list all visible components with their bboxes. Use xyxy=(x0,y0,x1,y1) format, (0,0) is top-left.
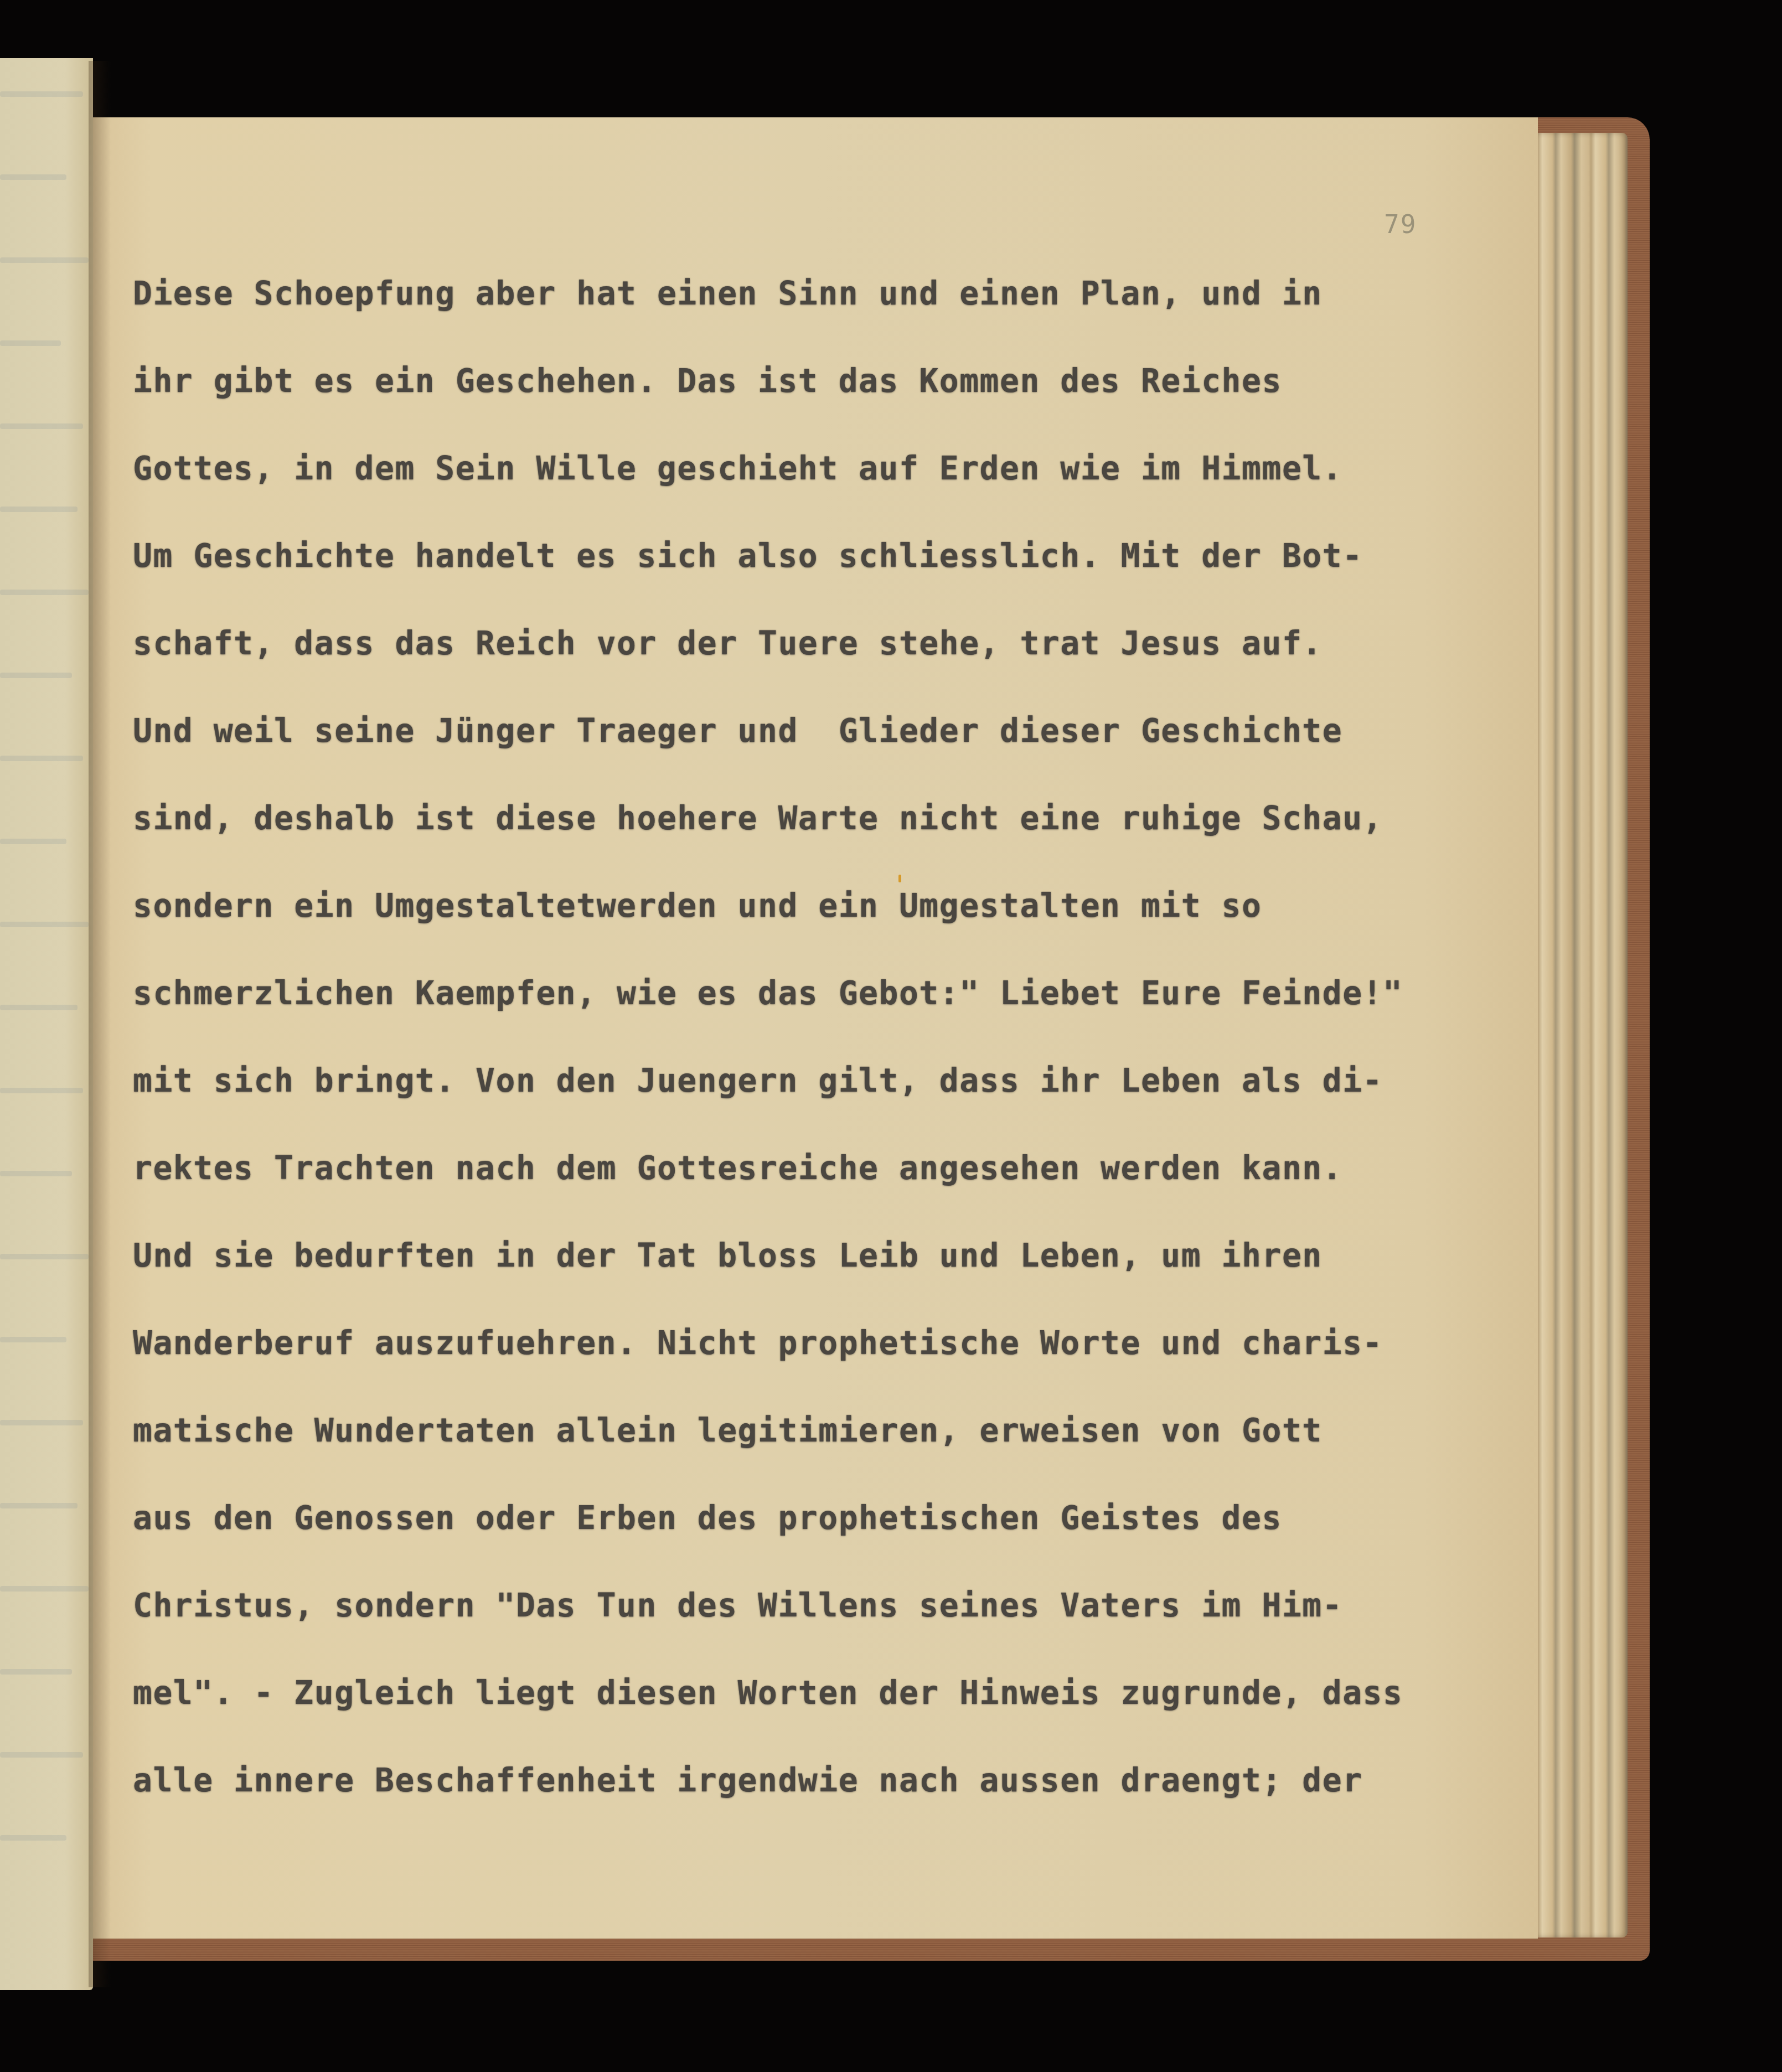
bleed-through-line xyxy=(0,1254,89,1259)
text-line: aus den Genossen oder Erben des propheti… xyxy=(133,1496,1528,1583)
bleed-through-line xyxy=(0,673,72,678)
bleed-through-line xyxy=(0,174,66,180)
bleed-through-line xyxy=(0,1669,72,1675)
bleed-through-line xyxy=(0,756,83,761)
text-line: schmerzlichen Kaempfen, wie es das Gebot… xyxy=(133,971,1528,1058)
text-line: sind, deshalb ist diese hoehere Warte ni… xyxy=(133,796,1528,883)
text-line: alle innere Beschaffenheit irgendwie nac… xyxy=(133,1758,1528,1846)
bleed-through-line xyxy=(0,257,89,263)
bleed-through-line xyxy=(0,507,78,512)
text-line: Und weil seine Jünger Traeger und Gliede… xyxy=(133,709,1528,796)
bleed-through-line xyxy=(0,590,89,595)
bleed-through-line xyxy=(0,1005,78,1010)
bleed-through-line xyxy=(0,91,83,97)
bleed-through-line xyxy=(0,423,83,429)
text-line: sondern ein Umgestaltetwerden und ein Um… xyxy=(133,883,1528,971)
text-line: schaft, dass das Reich vor der Tuere ste… xyxy=(133,621,1528,709)
text-line: Gottes, in dem Sein Wille geschieht auf … xyxy=(133,446,1528,534)
text-line: Wanderberuf auszufuehren. Nicht propheti… xyxy=(133,1321,1528,1408)
page-edges xyxy=(1528,133,1628,1937)
text-line: matische Wundertaten allein legitimieren… xyxy=(133,1408,1528,1496)
text-line: Christus, sondern "Das Tun des Willens s… xyxy=(133,1583,1528,1671)
text-line: rektes Trachten nach dem Gottesreiche an… xyxy=(133,1146,1528,1233)
bleed-through-line xyxy=(0,1420,83,1425)
text-line: mel". - Zugleich liegt diesen Worten der… xyxy=(133,1671,1528,1758)
bleed-through-line xyxy=(0,1171,72,1176)
bleed-through-line xyxy=(0,922,89,927)
gutter-shadow xyxy=(89,61,111,1987)
bleed-through-line xyxy=(0,1337,66,1342)
bleed-through-line xyxy=(0,1503,78,1508)
typewritten-text: Diese Schoepfung aber hat einen Sinn und… xyxy=(133,271,1528,1846)
bleed-through-line xyxy=(0,1586,89,1592)
bleed-through-line xyxy=(0,1752,83,1758)
page-number: 79 xyxy=(1384,209,1417,239)
bleed-through-line xyxy=(0,340,61,346)
left-page xyxy=(0,58,93,1990)
text-line: Diese Schoepfung aber hat einen Sinn und… xyxy=(133,271,1528,359)
text-line: mit sich bringt. Von den Juengern gilt, … xyxy=(133,1058,1528,1146)
bleed-through-line xyxy=(0,839,66,844)
text-line: ihr gibt es ein Geschehen. Das ist das K… xyxy=(133,359,1528,446)
bleed-through-line xyxy=(0,1088,83,1093)
text-line: Und sie bedurften in der Tat bloss Leib … xyxy=(133,1233,1528,1321)
bleed-through-line xyxy=(0,1835,66,1841)
text-line: Um Geschichte handelt es sich also schli… xyxy=(133,534,1528,621)
